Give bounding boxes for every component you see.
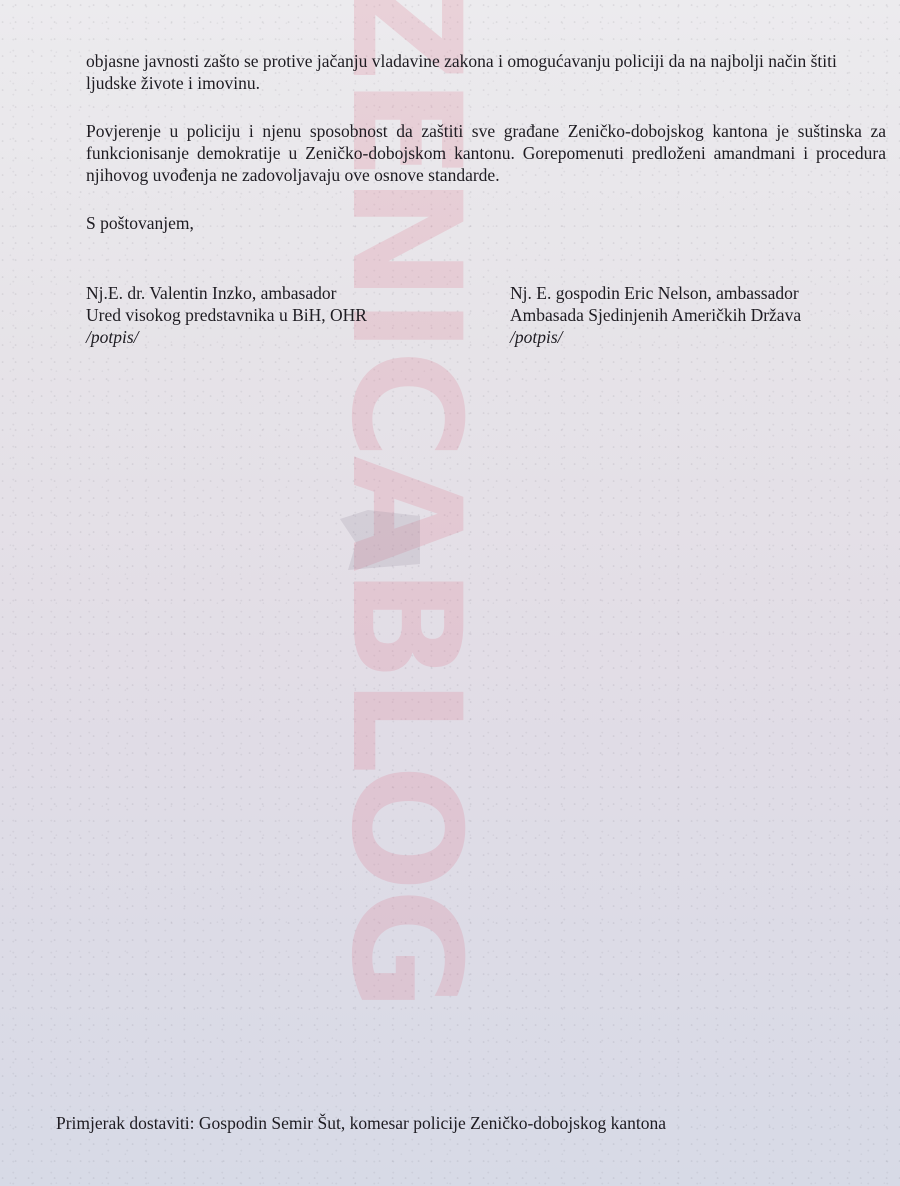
copy-recipient-line: Primjerak dostaviti: Gospodin Semir Šut,…: [56, 1112, 666, 1134]
paragraph-trust: Povjerenje u policiju i njenu sposobnost…: [86, 120, 886, 186]
signatory-office: Ambasada Sjedinjenih Američkih Država: [510, 304, 890, 326]
signature-block-us-embassy: Nj. E. gospodin Eric Nelson, ambassador …: [510, 282, 890, 348]
signatory-office: Ured visokog predstavnika u BiH, OHR: [86, 304, 466, 326]
document-page: objasne javnosti zašto se protive jačanj…: [0, 0, 900, 1186]
signatory-name: Nj. E. gospodin Eric Nelson, ambassador: [510, 282, 890, 304]
signature-note: /potpis/: [510, 326, 890, 348]
signatory-name: Nj.E. dr. Valentin Inzko, ambasador: [86, 282, 466, 304]
closing-salutation: S poštovanjem,: [86, 212, 194, 234]
signature-block-ohr: Nj.E. dr. Valentin Inzko, ambasador Ured…: [86, 282, 466, 348]
signature-note: /potpis/: [86, 326, 466, 348]
paragraph-continuation: objasne javnosti zašto se protive jačanj…: [86, 50, 886, 94]
